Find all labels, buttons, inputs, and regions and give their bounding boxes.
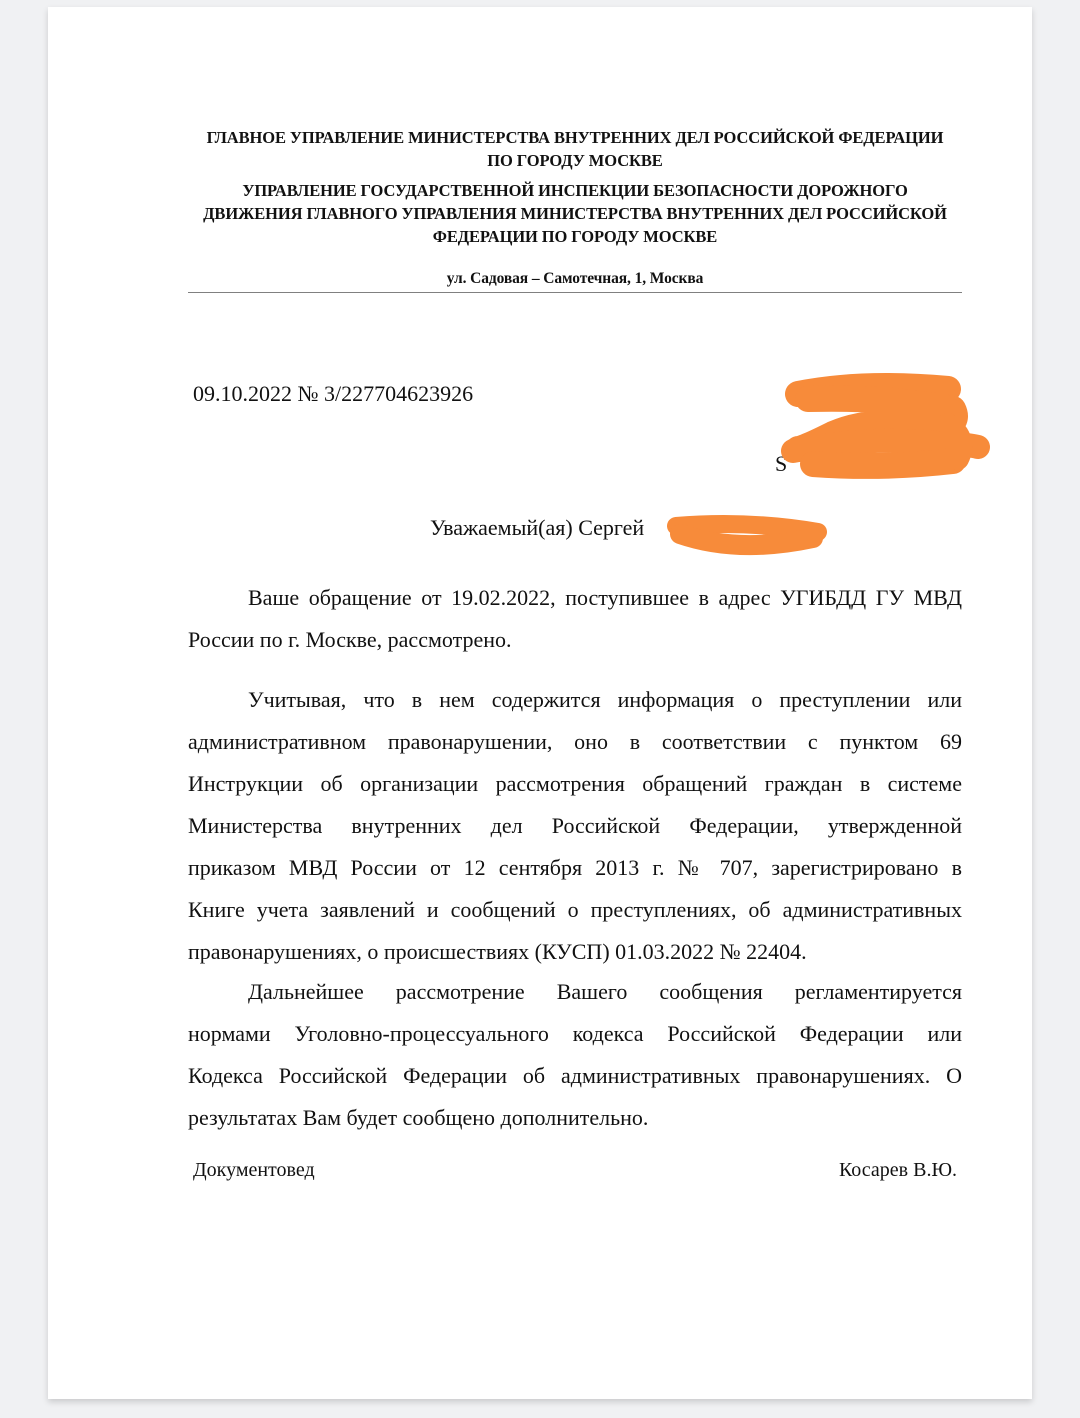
paragraph-line: Инструкции об организации рассмотрения о… bbox=[188, 763, 962, 805]
paragraph-line: Книге учета заявлений и сообщений о прес… bbox=[188, 889, 962, 931]
greeting: Уважаемый(ая) Сергей bbox=[430, 516, 644, 540]
paragraph-line: нормами Уголовно-процессуального кодекса… bbox=[188, 1013, 962, 1055]
paragraph-line: административном правонарушении, оно в с… bbox=[188, 721, 962, 763]
header-line: УПРАВЛЕНИЕ ГОСУДАРСТВЕННОЙ ИНСПЕКЦИИ БЕЗ… bbox=[188, 179, 962, 202]
header-divider bbox=[188, 292, 962, 293]
header-line: ДВИЖЕНИЯ ГЛАВНОГО УПРАВЛЕНИЯ МИНИСТЕРСТВ… bbox=[188, 202, 962, 225]
recipient-address-redaction bbox=[773, 369, 1008, 484]
paragraph-line: Дальнейшее рассмотрение Вашего сообщения… bbox=[188, 971, 962, 1013]
recipient-partial-text: S bbox=[775, 452, 787, 476]
header-line: ФЕДЕРАЦИИ ПО ГОРОДУ МОСКВЕ bbox=[188, 225, 962, 248]
signatory-name: Косарев В.Ю. bbox=[839, 1158, 957, 1182]
paragraph-line: Кодекса Российской Федерации об админист… bbox=[188, 1055, 962, 1097]
body-paragraph: Ваше обращение от 19.02.2022, поступивше… bbox=[188, 577, 962, 661]
header-line: ПО ГОРОДУ МОСКВЕ bbox=[188, 149, 962, 172]
header-line: ГЛАВНОЕ УПРАВЛЕНИЕ МИНИСТЕРСТВА ВНУТРЕНН… bbox=[188, 126, 962, 149]
paragraph-line: результатах Вам будет сообщено дополните… bbox=[188, 1097, 962, 1139]
paragraph-line: России по г. Москве, рассмотрено. bbox=[188, 619, 962, 661]
issuer-address: ул. Садовая – Самотечная, 1, Москва bbox=[188, 267, 962, 290]
body-paragraph: Учитывая, что в нем содержится информаци… bbox=[188, 679, 962, 973]
document-page: ГЛАВНОЕ УПРАВЛЕНИЕ МИНИСТЕРСТВА ВНУТРЕНН… bbox=[48, 7, 1032, 1399]
outgoing-reference: 09.10.2022 № 3/227704623926 bbox=[193, 382, 473, 406]
paragraph-line: Учитывая, что в нем содержится информаци… bbox=[188, 679, 962, 721]
paragraph-line: Ваше обращение от 19.02.2022, поступивше… bbox=[188, 577, 962, 619]
paragraph-line: приказом МВД России от 12 сентября 2013 … bbox=[188, 847, 962, 889]
paragraph-line: правонарушениях, о происшествиях (КУСП) … bbox=[188, 931, 962, 973]
issuer-header: ГЛАВНОЕ УПРАВЛЕНИЕ МИНИСТЕРСТВА ВНУТРЕНН… bbox=[188, 126, 962, 172]
body-paragraph: Дальнейшее рассмотрение Вашего сообщения… bbox=[188, 971, 962, 1139]
recipient-surname-redaction bbox=[658, 512, 833, 564]
signatory-position: Документовед bbox=[193, 1158, 315, 1182]
department-header: УПРАВЛЕНИЕ ГОСУДАРСТВЕННОЙ ИНСПЕКЦИИ БЕЗ… bbox=[188, 179, 962, 248]
paragraph-line: Министерства внутренних дел Российской Ф… bbox=[188, 805, 962, 847]
